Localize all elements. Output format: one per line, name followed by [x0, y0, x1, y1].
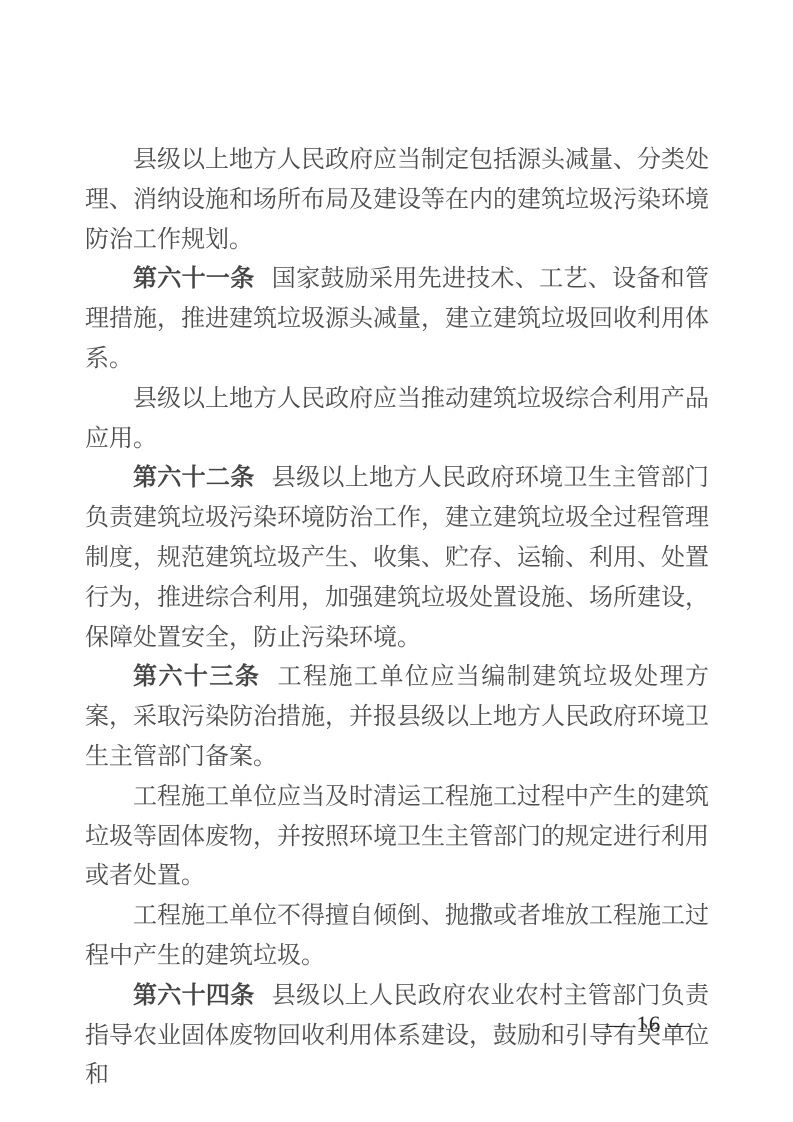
article-number: 第六十二条 — [133, 464, 255, 491]
text-paragraph: 第六十二条县级以上地方人民政府环境卫生主管部门负责建筑垃圾污染环境防治工作，建立… — [85, 458, 709, 657]
page-number: — 16 — — [606, 1010, 693, 1040]
text-paragraph: 县级以上地方人民政府应当制定包括源头减量、分类处理、消纳设施和场所布局及建设等在… — [85, 140, 709, 259]
paragraph-text: 县级以上地方人民政府应当制定包括源头减量、分类处理、消纳设施和场所布局及建设等在… — [85, 146, 709, 253]
paragraph-text: 工程施工单位不得擅自倾倒、抛撒或者堆放工程施工过程中产生的建筑垃圾。 — [85, 902, 709, 969]
document-page: 县级以上地方人民政府应当制定包括源头减量、分类处理、消纳设施和场所布局及建设等在… — [0, 0, 793, 1122]
article-number: 第六十四条 — [133, 982, 255, 1009]
article-number: 第六十三条 — [133, 663, 260, 690]
text-paragraph: 第六十一条国家鼓励采用先进技术、工艺、设备和管理措施，推进建筑垃圾源头减量，建立… — [85, 259, 709, 378]
article-number: 第六十一条 — [133, 265, 255, 292]
paragraph-text: 县级以上地方人民政府应当推动建筑垃圾综合利用产品应用。 — [85, 385, 709, 452]
paragraph-text: 工程施工单位应当及时清运工程施工过程中产生的建筑垃圾等固体废物，并按照环境卫生主… — [85, 783, 709, 890]
document-body-text: 县级以上地方人民政府应当制定包括源头减量、分类处理、消纳设施和场所布局及建设等在… — [85, 140, 709, 1095]
text-paragraph: 工程施工单位不得擅自倾倒、抛撒或者堆放工程施工过程中产生的建筑垃圾。 — [85, 896, 709, 976]
text-paragraph: 工程施工单位应当及时清运工程施工过程中产生的建筑垃圾等固体废物，并按照环境卫生主… — [85, 777, 709, 896]
text-paragraph: 第六十三条工程施工单位应当编制建筑垃圾处理方案，采取污染防治措施，并报县级以上地… — [85, 657, 709, 776]
paragraph-text: 县级以上地方人民政府环境卫生主管部门负责建筑垃圾污染环境防治工作，建立建筑垃圾全… — [85, 464, 709, 650]
text-paragraph: 县级以上地方人民政府应当推动建筑垃圾综合利用产品应用。 — [85, 379, 709, 459]
